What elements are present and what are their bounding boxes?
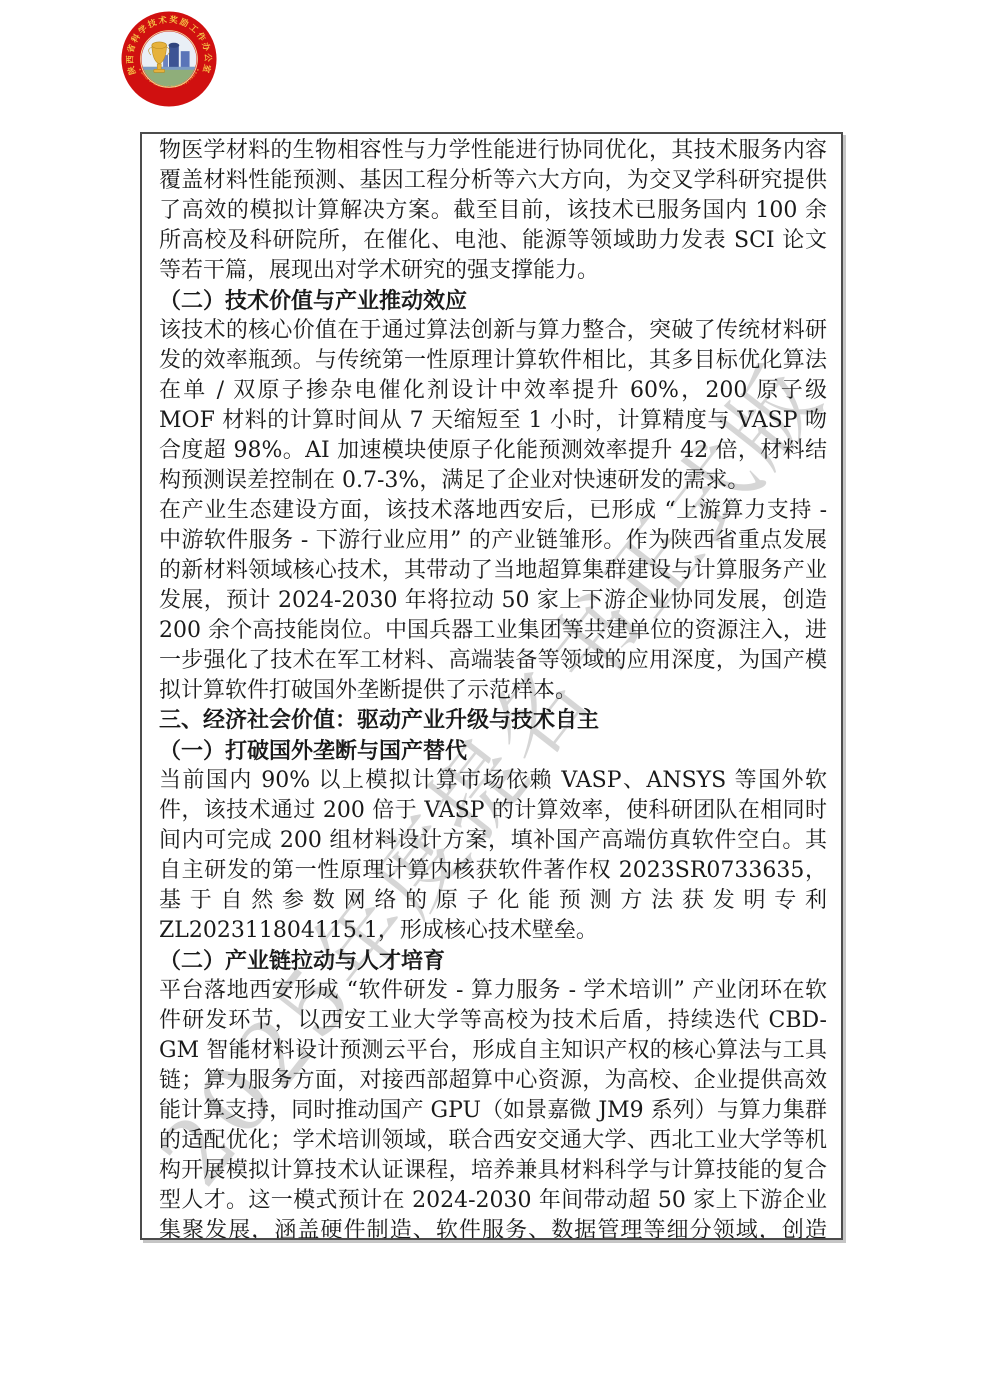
section-heading: （一）打破国外垄断与国产替代 [159, 736, 827, 766]
document-cell: 物医学材料的生物相容性与力学性能进行协同优化，其技术服务内容覆盖材料性能预测、基… [140, 132, 843, 1240]
paragraph: 物医学材料的生物相容性与力学性能进行协同优化，其技术服务内容覆盖材料性能预测、基… [159, 136, 827, 286]
section-heading: （二）产业链拉动与人才培育 [159, 946, 827, 976]
section-heading: 三、经济社会价值：驱动产业升级与技术自主 [159, 706, 827, 736]
page: 陕西省科学技术奖励工作办公室 ★ Office Of Science & Tec… [0, 0, 990, 1399]
section-heading: （二）技术价值与产业推动效应 [159, 286, 827, 316]
paragraph: 当前国内 90% 以上模拟计算市场依赖 VASP、ANSYS 等国外软件，该技术… [159, 766, 827, 946]
paragraph: 该技术的核心价值在于通过算法创新与算力整合，突破了传统材料研发的效率瓶颈。与传统… [159, 316, 827, 496]
document-body: 物医学材料的生物相容性与力学性能进行协同优化，其技术服务内容覆盖材料性能预测、基… [159, 136, 827, 1240]
paragraph: 平台落地西安形成 “软件研发 - 算力服务 - 学术培训” 产业闭环在软件研发环… [159, 976, 827, 1240]
award-seal: 陕西省科学技术奖励工作办公室 ★ Office Of Science & Tec… [120, 10, 218, 108]
paragraph: 在产业生态建设方面，该技术落地西安后，已形成 “上游算力支持 - 中游软件服务 … [159, 496, 827, 706]
